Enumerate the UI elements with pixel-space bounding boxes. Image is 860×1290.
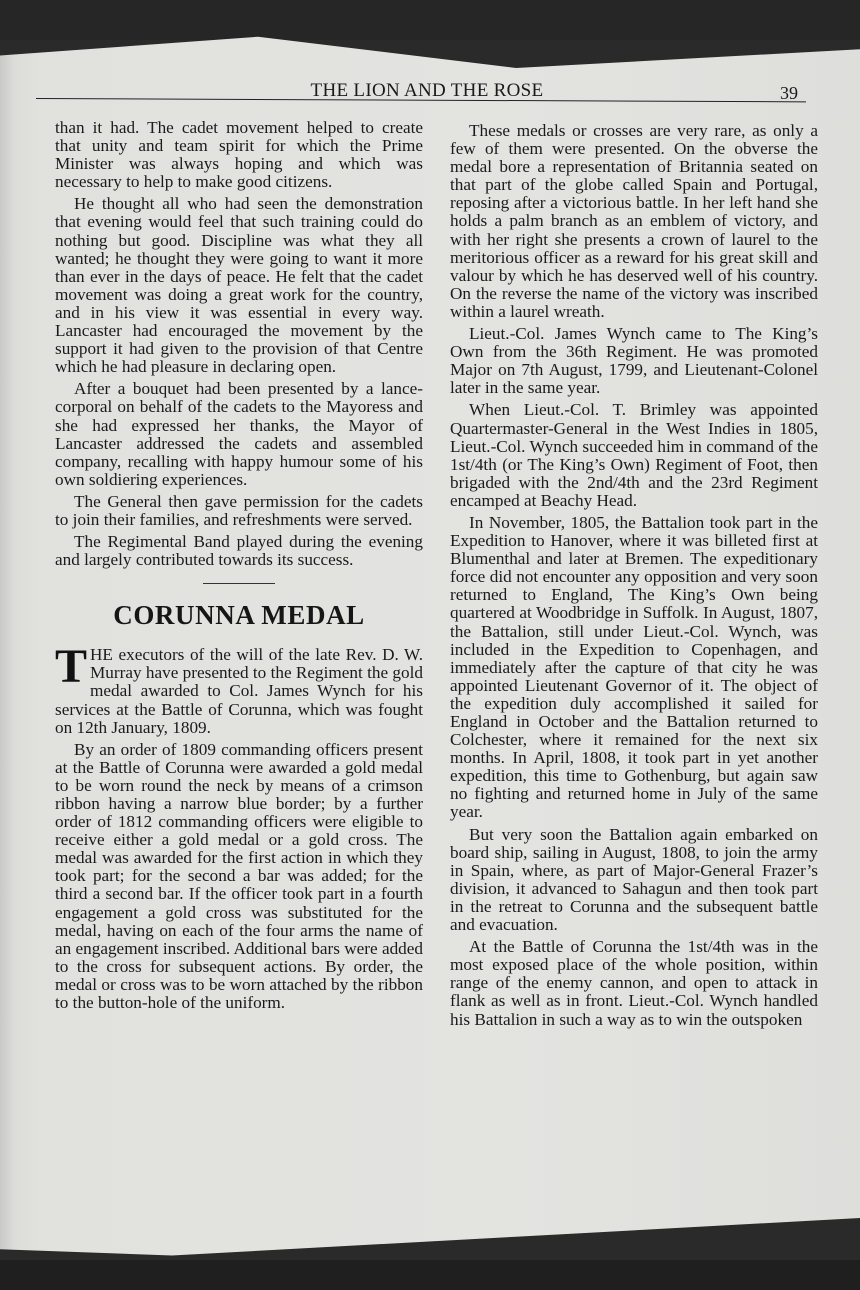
paragraph: At the Battle of Corunna the 1st/4th was… xyxy=(450,938,818,1028)
paragraph: In November, 1805, the Battalion took pa… xyxy=(450,514,818,822)
paragraph: By an order of 1809 commanding officers … xyxy=(55,741,423,1012)
scan-background-top xyxy=(0,0,860,40)
paragraph: The General then gave permission for the… xyxy=(55,493,423,529)
paragraph: After a bouquet had been presented by a … xyxy=(55,380,423,489)
lead-text: HE executors of the will of the late Rev… xyxy=(55,645,423,736)
article-lead-paragraph: THE executors of the will of the late Re… xyxy=(55,646,423,736)
paragraph: The Regimental Band played during the ev… xyxy=(55,533,423,569)
scan-background-bottom xyxy=(0,1260,860,1290)
right-column: These medals or crosses are very rare, a… xyxy=(450,122,818,1033)
running-header: THE LION AND THE ROSE 39 xyxy=(36,80,818,106)
paragraph: than it had. The cadet movement helped t… xyxy=(55,119,423,191)
left-column: than it had. The cadet movement helped t… xyxy=(55,119,423,1016)
paragraph: He thought all who had seen the demonstr… xyxy=(55,195,423,376)
paragraph: These medals or crosses are very rare, a… xyxy=(450,122,818,321)
article-title: CORUNNA MEDAL xyxy=(55,600,423,630)
paragraph: When Lieut.-Col. T. Brimley was appointe… xyxy=(450,401,818,510)
section-divider xyxy=(203,583,275,584)
paragraph: Lieut.-Col. James Wynch came to The King… xyxy=(450,325,818,397)
paragraph: But very soon the Battalion again embark… xyxy=(450,826,818,935)
drop-cap: T xyxy=(55,649,87,685)
